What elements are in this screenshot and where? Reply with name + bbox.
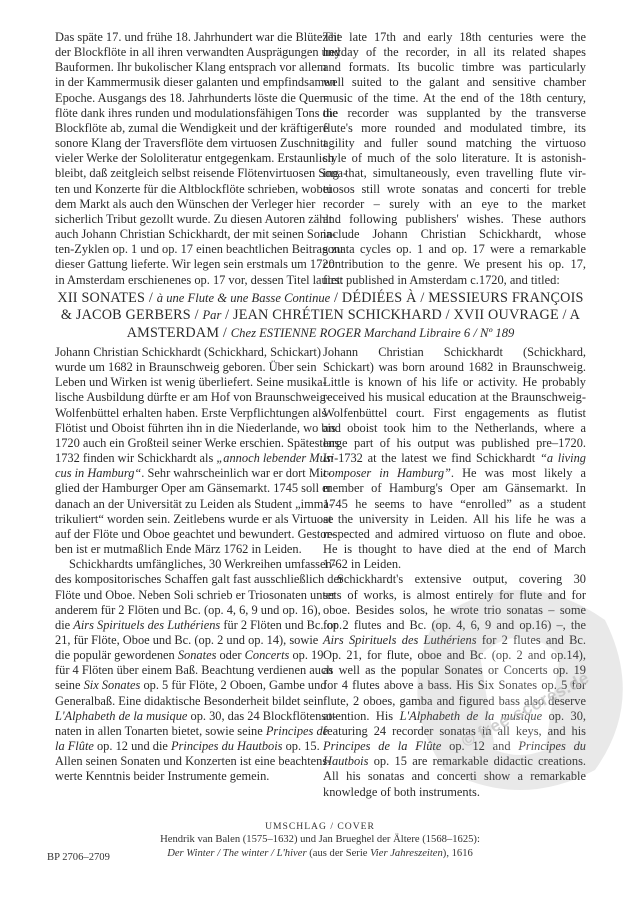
- text-line: heyday of the recorder, in all its relat…: [323, 45, 586, 60]
- text-line: large part of his output was published p…: [323, 436, 586, 451]
- text-line: sonore Klang der Traversflöte dem virtuo…: [55, 136, 302, 151]
- text-line: danach an der Universität zu Leiden als …: [55, 497, 302, 512]
- original-title-block: XII SONATES / à une Flute & une Basse Co…: [55, 290, 586, 342]
- text-line: flöte dank ihres runden und modulationsf…: [55, 106, 302, 121]
- paragraph: Johann Christian Schickhardt (Schickhard…: [323, 345, 586, 572]
- text-line: music of the time. At the end of the 18t…: [323, 91, 586, 106]
- text-line: knowledge of both instruments.: [323, 785, 586, 800]
- text-line: 1732 finden wir Schickhardt als „annoch …: [55, 451, 302, 466]
- text-line: trikuliert“ worden sein. Zeitlebens wurd…: [55, 512, 302, 527]
- paragraph: Schickhardt's extensive output, covering…: [323, 572, 586, 799]
- text-line: Generalbaß. Eine didaktische Besonderhei…: [55, 694, 302, 709]
- text-line: dem Markt als auch den Wünschen der Verl…: [55, 197, 302, 212]
- text-line: Schickhardts umfängliches, 30 Werkreihen…: [55, 557, 302, 572]
- text-line: Wolfenbüttel erhalten haben. Erste Verpf…: [55, 406, 302, 421]
- work-title-rest: (aus der Serie: [307, 848, 371, 859]
- text-line: L'Alphabeth de la musique op. 30, das 24…: [55, 709, 302, 724]
- text-line: In 1732 at the latest we find Schickhard…: [323, 451, 586, 466]
- text-line: first published in Amsterdam c.1720, and…: [323, 273, 586, 288]
- text-line: agility and fuller sound matching the vi…: [323, 136, 586, 151]
- text-line: Schickart) was born around 1682 in Braun…: [323, 360, 586, 375]
- text-line: für 4 Flöten über einem Baß. Beachtung v…: [55, 663, 302, 678]
- text-line: 21, für Flöte, Oboe und Bc. (op. 2 und o…: [55, 633, 302, 648]
- text-line: Principes de la Flûte op. 12 and Princip…: [323, 739, 586, 754]
- text-line: dieser Gattung lieferte. Wir legen sein …: [55, 257, 302, 272]
- text-line: Leben und Wirken ist wenig überliefert. …: [55, 375, 302, 390]
- text-line: la Flûte op. 12 und die Principes du Hau…: [55, 739, 302, 754]
- text-line: Wolfenbüttel court. First engagements as…: [323, 406, 586, 421]
- text-line: as well as the popular Sonates or Concer…: [323, 663, 586, 678]
- text-line: ben ist er mutmaßlich Ende März 1762 in …: [55, 542, 302, 557]
- paragraph: Johann Christian Schickhardt (Schickhard…: [55, 345, 302, 557]
- text-line: Little is known of his life or activity.…: [323, 375, 586, 390]
- text-line: at the university in Leiden. All his lif…: [323, 512, 586, 527]
- text-line: werte Kenntnis beider Instrumente gemein…: [55, 769, 302, 784]
- text-line: include Johann Christian Schickhardt, wh…: [323, 227, 586, 242]
- text-line: style of much of the solo literature. It…: [323, 151, 586, 166]
- text-line: flute's more rounded and modulated timbr…: [323, 121, 586, 136]
- text-line: and oboist took him to the Netherlands, …: [323, 421, 586, 436]
- text-line: and following publishers' wishes. These …: [323, 212, 586, 227]
- text-line: oboe. Besides solos, he wrote trio sonat…: [323, 603, 586, 618]
- text-line: flute, 2 oboes, gamba and figured bass a…: [323, 694, 586, 709]
- text-line: for 2 flutes and Bc. (op. 4, 6, 9 and op…: [323, 618, 586, 633]
- text-line: seine Six Sonates op. 5 für Flöte, 2 Obo…: [55, 678, 302, 693]
- title-italic-1: à une Flute & une Basse Continue: [157, 291, 330, 305]
- text-line: lische Ausbildung dürfte er am Hof von B…: [55, 390, 302, 405]
- text-line: in Amsterdam erschienenes op. 17 vor, de…: [55, 273, 302, 288]
- text-line: Hautbois op. 15 are remarkable didactic …: [323, 754, 586, 769]
- text-line: received his musical education at the Br…: [323, 390, 586, 405]
- cover-artist-credit: Hendrik van Balen (1575–1632) und Jan Br…: [0, 833, 640, 846]
- text-line: He is thought to have died at the end of…: [323, 542, 586, 557]
- german-biography-column: Johann Christian Schickhardt (Schickhard…: [55, 345, 302, 785]
- text-line: Flötist und Oboist führten ihn in die Ni…: [55, 421, 302, 436]
- text-line: Johann Christian Schickhardt (Schickhard…: [323, 345, 586, 360]
- text-line: auch Johann Christian Schickhardt, der m…: [55, 227, 302, 242]
- text-line: recorder – surely with an eye to the mar…: [323, 197, 586, 212]
- text-line: auf der Flöte und Oboe geachtet und bewu…: [55, 527, 302, 542]
- paragraph: Schickhardts umfängliches, 30 Werkreihen…: [55, 557, 302, 784]
- german-intro-column: Das späte 17. und frühe 18. Jahrhundert …: [55, 30, 302, 288]
- text-line: the recorder was supplanted by the trans…: [323, 106, 586, 121]
- text-line: contribution to the genre. We present hi…: [323, 257, 586, 272]
- text-line: glied der Hamburger Oper am Gänsemarkt. …: [55, 481, 302, 496]
- text-line: member of Hamburg's Oper am Gänsemarkt. …: [323, 481, 586, 496]
- work-year: ), 1616: [443, 848, 473, 859]
- text-line: and formats. Its bucolic timbre was part…: [323, 60, 586, 75]
- text-line: naten in allen Tonarten bietet, sowie se…: [55, 724, 302, 739]
- work-title-italic: Der Winter / The winter / L'hiver: [167, 848, 306, 859]
- title-italic-2: Par: [202, 308, 221, 322]
- text-line: 1762 in Leiden.: [323, 557, 586, 572]
- text-line: sicherlich Tribut gezollt wurde. Zu dies…: [55, 212, 302, 227]
- text-line: tuosos still wrote sonatas and concerti …: [323, 182, 586, 197]
- catalog-number: BP 2706–2709: [47, 852, 110, 863]
- text-line: attention. His L'Alphabeth de la musique…: [323, 709, 586, 724]
- text-line: Blockflöte ab, zumal die Wendigkeit und …: [55, 121, 302, 136]
- text-line: respected and admired virtuoso on flute …: [323, 527, 586, 542]
- text-line: des kompositorisches Schaffen galt fast …: [55, 572, 302, 587]
- text-line: sets of works, is almost entirely for fl…: [323, 588, 586, 603]
- text-line: die populär gewordenen Sonates oder Conc…: [55, 648, 302, 663]
- text-line: sonata cycles op. 1 and op. 17 were a re…: [323, 242, 586, 257]
- text-line: vieler Werke der Sololiteratur entgegenk…: [55, 151, 302, 166]
- english-intro-column: The late 17th and early 18th centuries w…: [323, 30, 586, 288]
- text-line: Das späte 17. und frühe 18. Jahrhundert …: [55, 30, 302, 45]
- work-series-italic: Vier Jahreszeiten: [370, 848, 443, 859]
- text-line: Epoche. Ausgangs des 18. Jahrhunderts lö…: [55, 91, 302, 106]
- text-line: cus in Hamburg“. Sehr wahrscheinlich war…: [55, 466, 302, 481]
- title-part-1: XII SONATES /: [57, 290, 156, 306]
- text-line: in der Kammermusik dieser galanten und e…: [55, 75, 302, 90]
- text-line: for 4 flutes above a bass. His Six Sonat…: [323, 678, 586, 693]
- text-line: Allen seinen Sonaten und Konzerten ist e…: [55, 754, 302, 769]
- text-line: The late 17th and early 18th centuries w…: [323, 30, 586, 45]
- cover-heading: UMSCHLAG / COVER: [0, 820, 640, 833]
- text-line: 1720 auch ein Großteil seiner Werke ersc…: [55, 436, 302, 451]
- text-line: ten und Konzerte für die Altblockflöte s…: [55, 182, 302, 197]
- title-italic-3: Chez ESTIENNE ROGER Marchand Libraire 6 …: [231, 326, 515, 340]
- text-line: Johann Christian Schickhardt (Schickhard…: [55, 345, 302, 360]
- text-line: der Blockflöte in all ihren verwandten A…: [55, 45, 302, 60]
- text-line: wurde um 1682 in Braunschweig geboren. Ü…: [55, 360, 302, 375]
- text-line: Schickhardt's extensive output, covering…: [323, 572, 586, 587]
- text-line: ten-Zyklen op. 1 und op. 17 einen beacht…: [55, 242, 302, 257]
- text-line: featuring 24 recorder sonatas in all key…: [323, 724, 586, 739]
- text-line: 1745 he seems to have “enrolled” as a st…: [323, 497, 586, 512]
- text-line: composer in Hamburg”. He was most likely…: [323, 466, 586, 481]
- text-line: well suited to the galant and sensitive …: [323, 75, 586, 90]
- text-line: ing that, simultaneously, even travellin…: [323, 166, 586, 181]
- text-line: Flöte und Oboe. Neben Soli schrieb er Tr…: [55, 588, 302, 603]
- text-line: die Airs Spirituels des Luthériens für 2…: [55, 618, 302, 633]
- text-line: Bauformen. Ihr bukolischer Klang entspra…: [55, 60, 302, 75]
- english-biography-column: Johann Christian Schickhardt (Schickhard…: [323, 345, 586, 800]
- text-line: anderem für 2 Flöten und Bc. (op. 4, 6, …: [55, 603, 302, 618]
- text-line: All his sonatas and concerti show a rema…: [323, 769, 586, 784]
- text-line: Op. 21, for flute, oboe and Bc. (op. 2 a…: [323, 648, 586, 663]
- text-line: Airs Spirituels des Luthériens for 2 flu…: [323, 633, 586, 648]
- text-line: bleibt, daß zeitgleich selbst reisende F…: [55, 166, 302, 181]
